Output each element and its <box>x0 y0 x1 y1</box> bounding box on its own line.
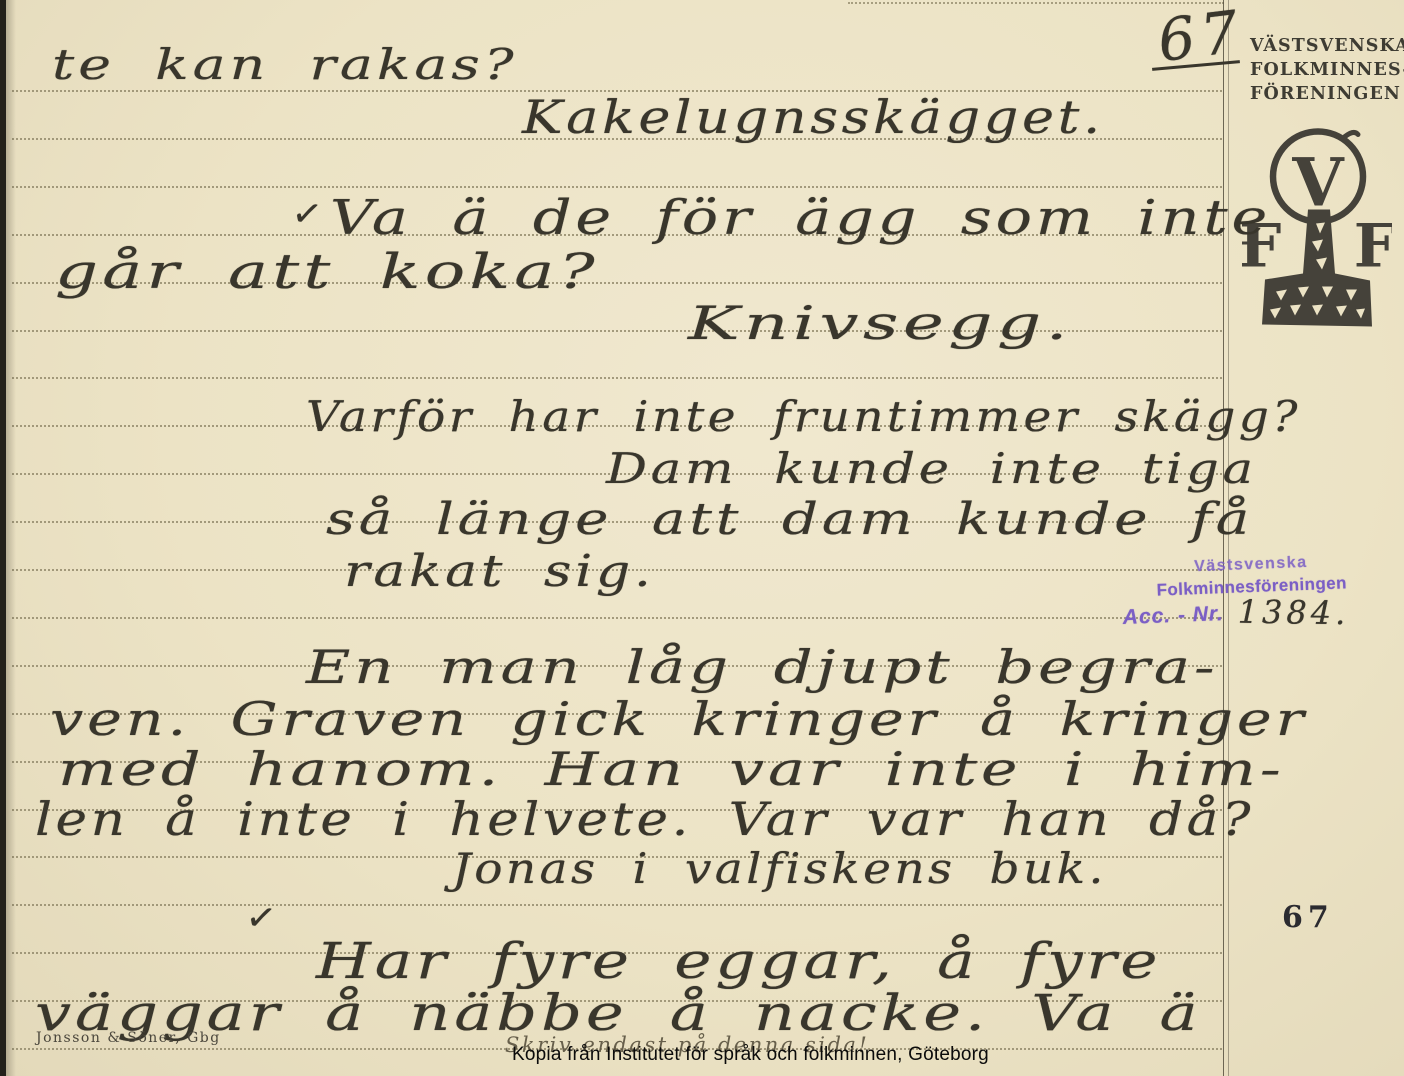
handwriting-line: Jonas i valfiskens buk. <box>452 844 1107 893</box>
handwriting-line: te kan rakas? <box>52 40 518 89</box>
handwriting-line: går att koka? <box>55 244 599 300</box>
logo-letter-v: V <box>1291 144 1345 222</box>
handwriting-line: Dam kunde inte tiga <box>606 444 1257 493</box>
accession-stamp: Västsvenska Folkminnesföreningen Acc. - … <box>1121 551 1384 638</box>
handwriting-line: Va ä de för ägg som inte <box>330 190 1271 246</box>
org-name-line: FÖRENINGEN <box>1250 84 1401 104</box>
ruled-line <box>12 377 1222 379</box>
handwriting-line: så länge att dam kunde få <box>326 494 1253 545</box>
handwriting-line: med hanom. Han var inte i him- <box>58 742 1285 796</box>
logo-letter-f-right: F <box>1354 212 1392 282</box>
handwriting-line: Har fyre eggar, å fyre <box>316 932 1161 990</box>
handwriting-line: Varför har inte fruntimmer skägg? <box>306 392 1301 441</box>
handwriting-line: rakat sig. <box>344 546 655 597</box>
document-page: 67 VÄSTSVENSKA FOLKMINNES- FÖRENINGEN <box>0 0 1404 1076</box>
org-name-line: FOLKMINNES- <box>1250 60 1404 80</box>
printer-credit: Jonsson & Söner, Gbg <box>36 1030 221 1046</box>
stamp-acc-label: Acc. - Nr. <box>1122 602 1224 630</box>
ruled-line <box>12 617 1222 619</box>
checkmark-icon: ✓ <box>289 192 325 237</box>
copy-notice: Kopia från Institutet för språk och folk… <box>512 1044 989 1066</box>
scan-edge-shadow <box>6 0 16 1076</box>
ruled-line <box>848 2 1224 4</box>
handwriting-line: len å inte i helvete. Var var han då? <box>35 792 1254 846</box>
handwriting-line: Knivsegg. <box>688 296 1072 350</box>
handwriting-line: En man låg djupt begra- <box>306 640 1219 694</box>
accession-number: 1384. <box>1238 593 1350 633</box>
handwriting-line: Kakelugnsskägget. <box>522 90 1104 144</box>
checkmark-icon: ✓ <box>243 896 279 941</box>
printed-page-number: 67 <box>1282 900 1334 935</box>
org-name-line: VÄSTSVENSKA <box>1250 36 1404 56</box>
handwriting-line: ven. Graven gick kringer å kringer <box>50 692 1308 746</box>
ruled-line <box>12 904 1222 906</box>
ruled-line <box>12 186 1222 188</box>
